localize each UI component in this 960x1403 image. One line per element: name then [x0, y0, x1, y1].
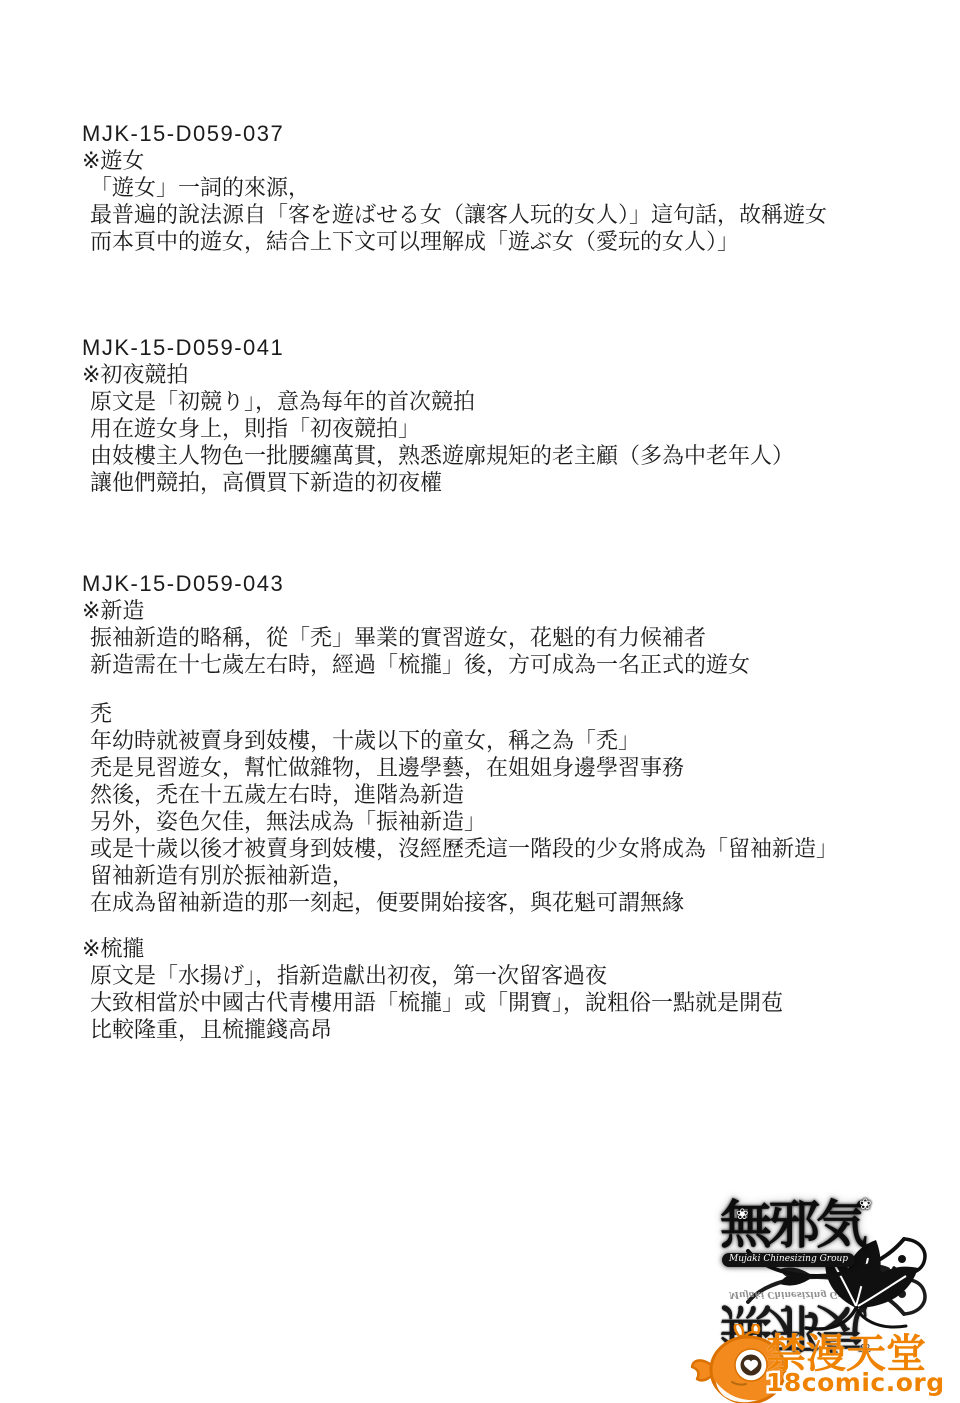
note-code: MJK-15-D059-043: [82, 570, 750, 597]
note-term: ※初夜競拍: [82, 361, 794, 388]
note-line: 最普遍的說法源自「客を遊ばせる女（讓客人玩的女人）」這句話，故稱遊女: [82, 201, 827, 228]
logo-subtitle: Mujaki Chinesizing Group: [722, 1253, 855, 1267]
note-line: 另外，姿色欠佳，無法成為「振袖新造」: [82, 808, 838, 835]
note-line: 讓他們競拍，高價買下新造的初夜權: [82, 469, 794, 496]
note-line: 用在遊女身上，則指「初夜競拍」: [82, 415, 794, 442]
note-line: 大致相當於中國古代青樓用語「梳攏」或「開寶」，說粗俗一點就是開苞: [82, 989, 783, 1016]
note-term: 禿: [82, 700, 838, 727]
note-line: 原文是「初競り」，意為每年的首次競拍: [82, 388, 794, 415]
note-line: 然後，禿在十五歲左右時，進階為新造: [82, 781, 838, 808]
note-term: ※遊女: [82, 147, 827, 174]
note-line: 比較隆重，且梳攏錢高昂: [82, 1016, 783, 1043]
note-line: 禿是見習遊女，幫忙做雜物，且邊學藝，在姐姐身邊學習事務: [82, 754, 838, 781]
note-term: ※新造: [82, 597, 750, 624]
watermark-url-text: 18comic.org: [766, 1368, 942, 1397]
note-line: 振袖新造的略稱，從「禿」畢業的實習遊女，花魁的有力候補者: [82, 624, 750, 651]
note-line: 原文是「水揚げ」，指新造獻出初夜，第一次留客過夜: [82, 962, 783, 989]
note-section-041: MJK-15-D059-041 ※初夜競拍 原文是「初競り」，意為每年的首次競拍…: [82, 334, 794, 496]
note-section-mizuage: ※梳攏 原文是「水揚げ」，指新造獻出初夜，第一次留客過夜 大致相當於中國古代青樓…: [82, 935, 783, 1043]
note-term: ※梳攏: [82, 935, 783, 962]
note-line: 留袖新造有別於振袖新造，: [82, 862, 838, 889]
note-line: 在成為留袖新造的那一刻起，便要開始接客，與花魁可謂無緣: [82, 889, 838, 916]
note-section-043: MJK-15-D059-043 ※新造 振袖新造的略稱，從「禿」畢業的實習遊女，…: [82, 570, 750, 678]
translation-notes-page: MJK-15-D059-037 ※遊女 「遊女」一詞的來源， 最普遍的說法源自「…: [0, 0, 960, 1403]
note-line: 「遊女」一詞的來源，: [82, 174, 827, 201]
note-line: 新造需在十七歲左右時，經過「梳攏」後，方可成為一名正式的遊女: [82, 651, 750, 678]
watermark-site-url: 18comic.org: [762, 1364, 942, 1400]
rose-icon: ❀: [859, 1197, 872, 1212]
note-section-037: MJK-15-D059-037 ※遊女 「遊女」一詞的來源， 最普遍的說法源自「…: [82, 120, 827, 255]
mujaki-group-logo: 無邪気 ❀ ❀ Mujaki Chinesizing Group: [712, 1200, 932, 1276]
note-line: 由妓樓主人物色一批腰纏萬貫，熟悉遊廓規矩的老主顧（多為中老年人）: [82, 442, 794, 469]
note-line: 或是十歲以後才被賣身到妓樓，沒經歷禿這一階段的少女將成為「留袖新造」: [82, 835, 838, 862]
note-section-kamuro: 禿 年幼時就被賣身到妓樓，十歲以下的童女，稱之為「禿」 禿是見習遊女，幫忙做雜物…: [82, 700, 838, 916]
note-code: MJK-15-D059-041: [82, 334, 794, 361]
note-line: 而本頁中的遊女，結合上下文可以理解成「遊ぶ女（愛玩的女人）」: [82, 228, 827, 255]
18comic-watermark: 禁漫天堂 18comic.org: [690, 1320, 945, 1403]
note-line: 年幼時就被賣身到妓樓，十歲以下的童女，稱之為「禿」: [82, 727, 838, 754]
note-code: MJK-15-D059-037: [82, 120, 827, 147]
rose-icon: ❀: [736, 1207, 749, 1222]
